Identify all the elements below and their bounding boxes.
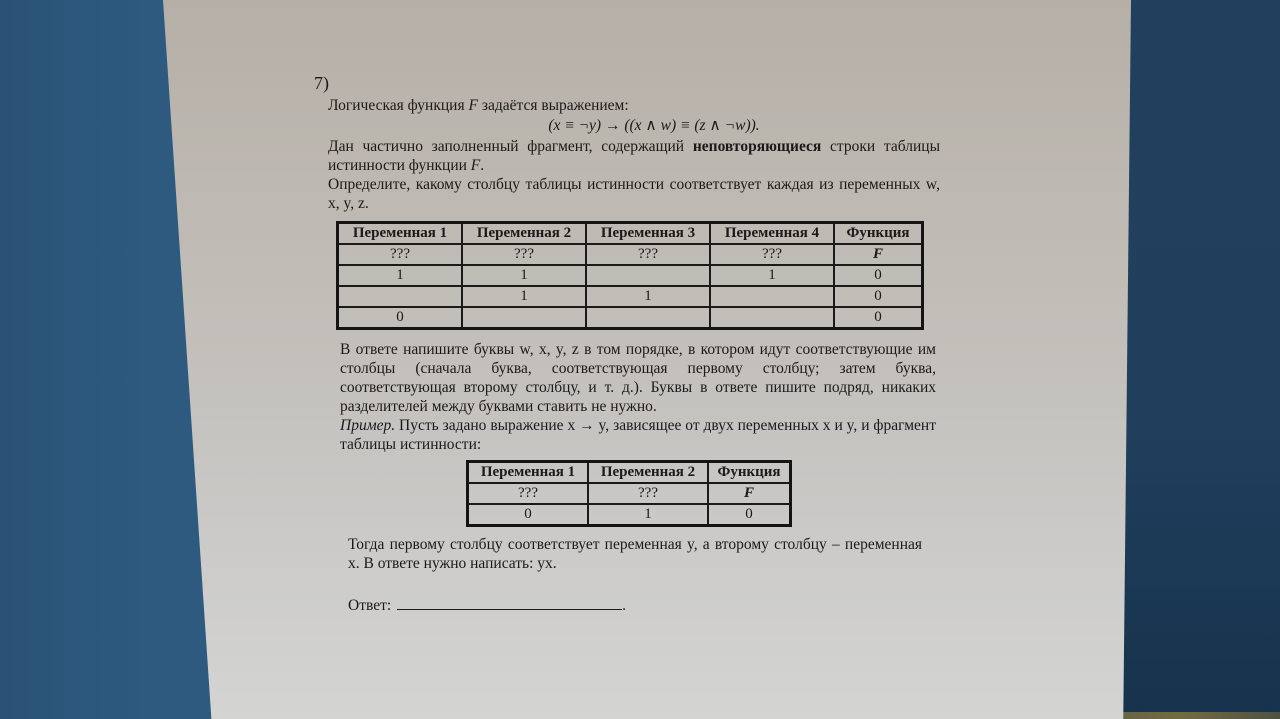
label-cell: ??? [588,483,708,504]
table-cell [710,286,834,307]
example-text: Пусть задано выражение x → y, зависящее … [340,417,936,453]
header-cell: Переменная 1 [338,223,463,245]
example-conclusion: Тогда первому столбцу соответствует пере… [328,535,940,573]
answer-line: Ответ:. [328,595,940,615]
table-row: 1 1 1 0 [338,265,923,286]
header-cell: Переменная 4 [710,223,834,245]
header-cell: Переменная 2 [462,223,586,245]
example-header-row: Переменная 1 Переменная 2 Функция [468,462,791,484]
table-cell [462,307,586,329]
table-cell-function: 0 [834,265,923,286]
task-content: 7) Логическая функция F задаётся выражен… [328,74,940,615]
label-cell-function: F [834,244,923,265]
table-cell: 0 [468,504,589,526]
answer-field[interactable] [397,595,622,610]
table-cell: 0 [338,307,463,329]
table-cell-function: 0 [834,286,923,307]
table-row: 1 1 0 [338,286,923,307]
table-cell: 1 [588,504,708,526]
table-cell: 1 [338,265,463,286]
header-cell-function: Функция [708,462,791,484]
header-cell: Переменная 2 [588,462,708,484]
intro-text-end: задаётся выражением: [478,97,629,114]
task-intro: Логическая функция F задаётся выражением… [328,74,940,115]
answer-instructions: В ответе напишите буквы w, x, y, z в том… [328,340,940,416]
table-cell-function: 0 [834,307,923,329]
table-cell [586,307,710,329]
label-cell: ??? [710,244,834,265]
table-cell [338,286,463,307]
given-var: F [471,157,480,174]
example-intro: Пример. Пусть задано выражение x → y, за… [328,416,940,454]
header-cell: Переменная 3 [586,223,710,245]
table-label-row: ??? ??? ??? ??? F [338,244,923,265]
task-determine: Определите, какому столбцу таблицы истин… [328,175,940,213]
label-cell: ??? [338,244,463,265]
truth-table-main: Переменная 1 Переменная 2 Переменная 3 П… [336,221,924,330]
example-row: 0 1 0 [468,504,791,526]
table-row: 0 0 [338,307,923,329]
table-cell-function: 0 [708,504,791,526]
label-cell: ??? [462,244,586,265]
table-cell [710,307,834,329]
truth-table-example: Переменная 1 Переменная 2 Функция ??? ??… [466,460,792,527]
table-cell [586,265,710,286]
table-cell: 1 [462,265,586,286]
header-cell: Переменная 1 [468,462,589,484]
intro-text: Логическая функция [328,97,468,114]
header-cell-function: Функция [834,223,923,245]
given-bold: неповторяющиеся [693,138,821,155]
table-header-row: Переменная 1 Переменная 2 Переменная 3 П… [338,223,923,245]
table-cell: 1 [710,265,834,286]
label-cell: ??? [586,244,710,265]
monitor-bezel-right [1120,0,1280,719]
task-given: Дан частично заполненный фрагмент, содер… [328,137,940,175]
label-cell: ??? [468,483,589,504]
given-end: . [480,157,484,174]
function-var: F [468,97,477,114]
given-text: Дан частично заполненный фрагмент, содер… [328,138,693,155]
task-number: 7) [314,74,329,93]
example-label: Пример. [340,417,395,434]
example-label-row: ??? ??? F [468,483,791,504]
table-cell: 1 [586,286,710,307]
table-cell: 1 [462,286,586,307]
answer-label: Ответ: [348,597,391,614]
label-cell-function: F [708,483,791,504]
answer-end: . [622,597,626,614]
formula: (x ≡ ¬y) → ((x ∧ w) ≡ (z ∧ ¬w)). [328,116,940,135]
